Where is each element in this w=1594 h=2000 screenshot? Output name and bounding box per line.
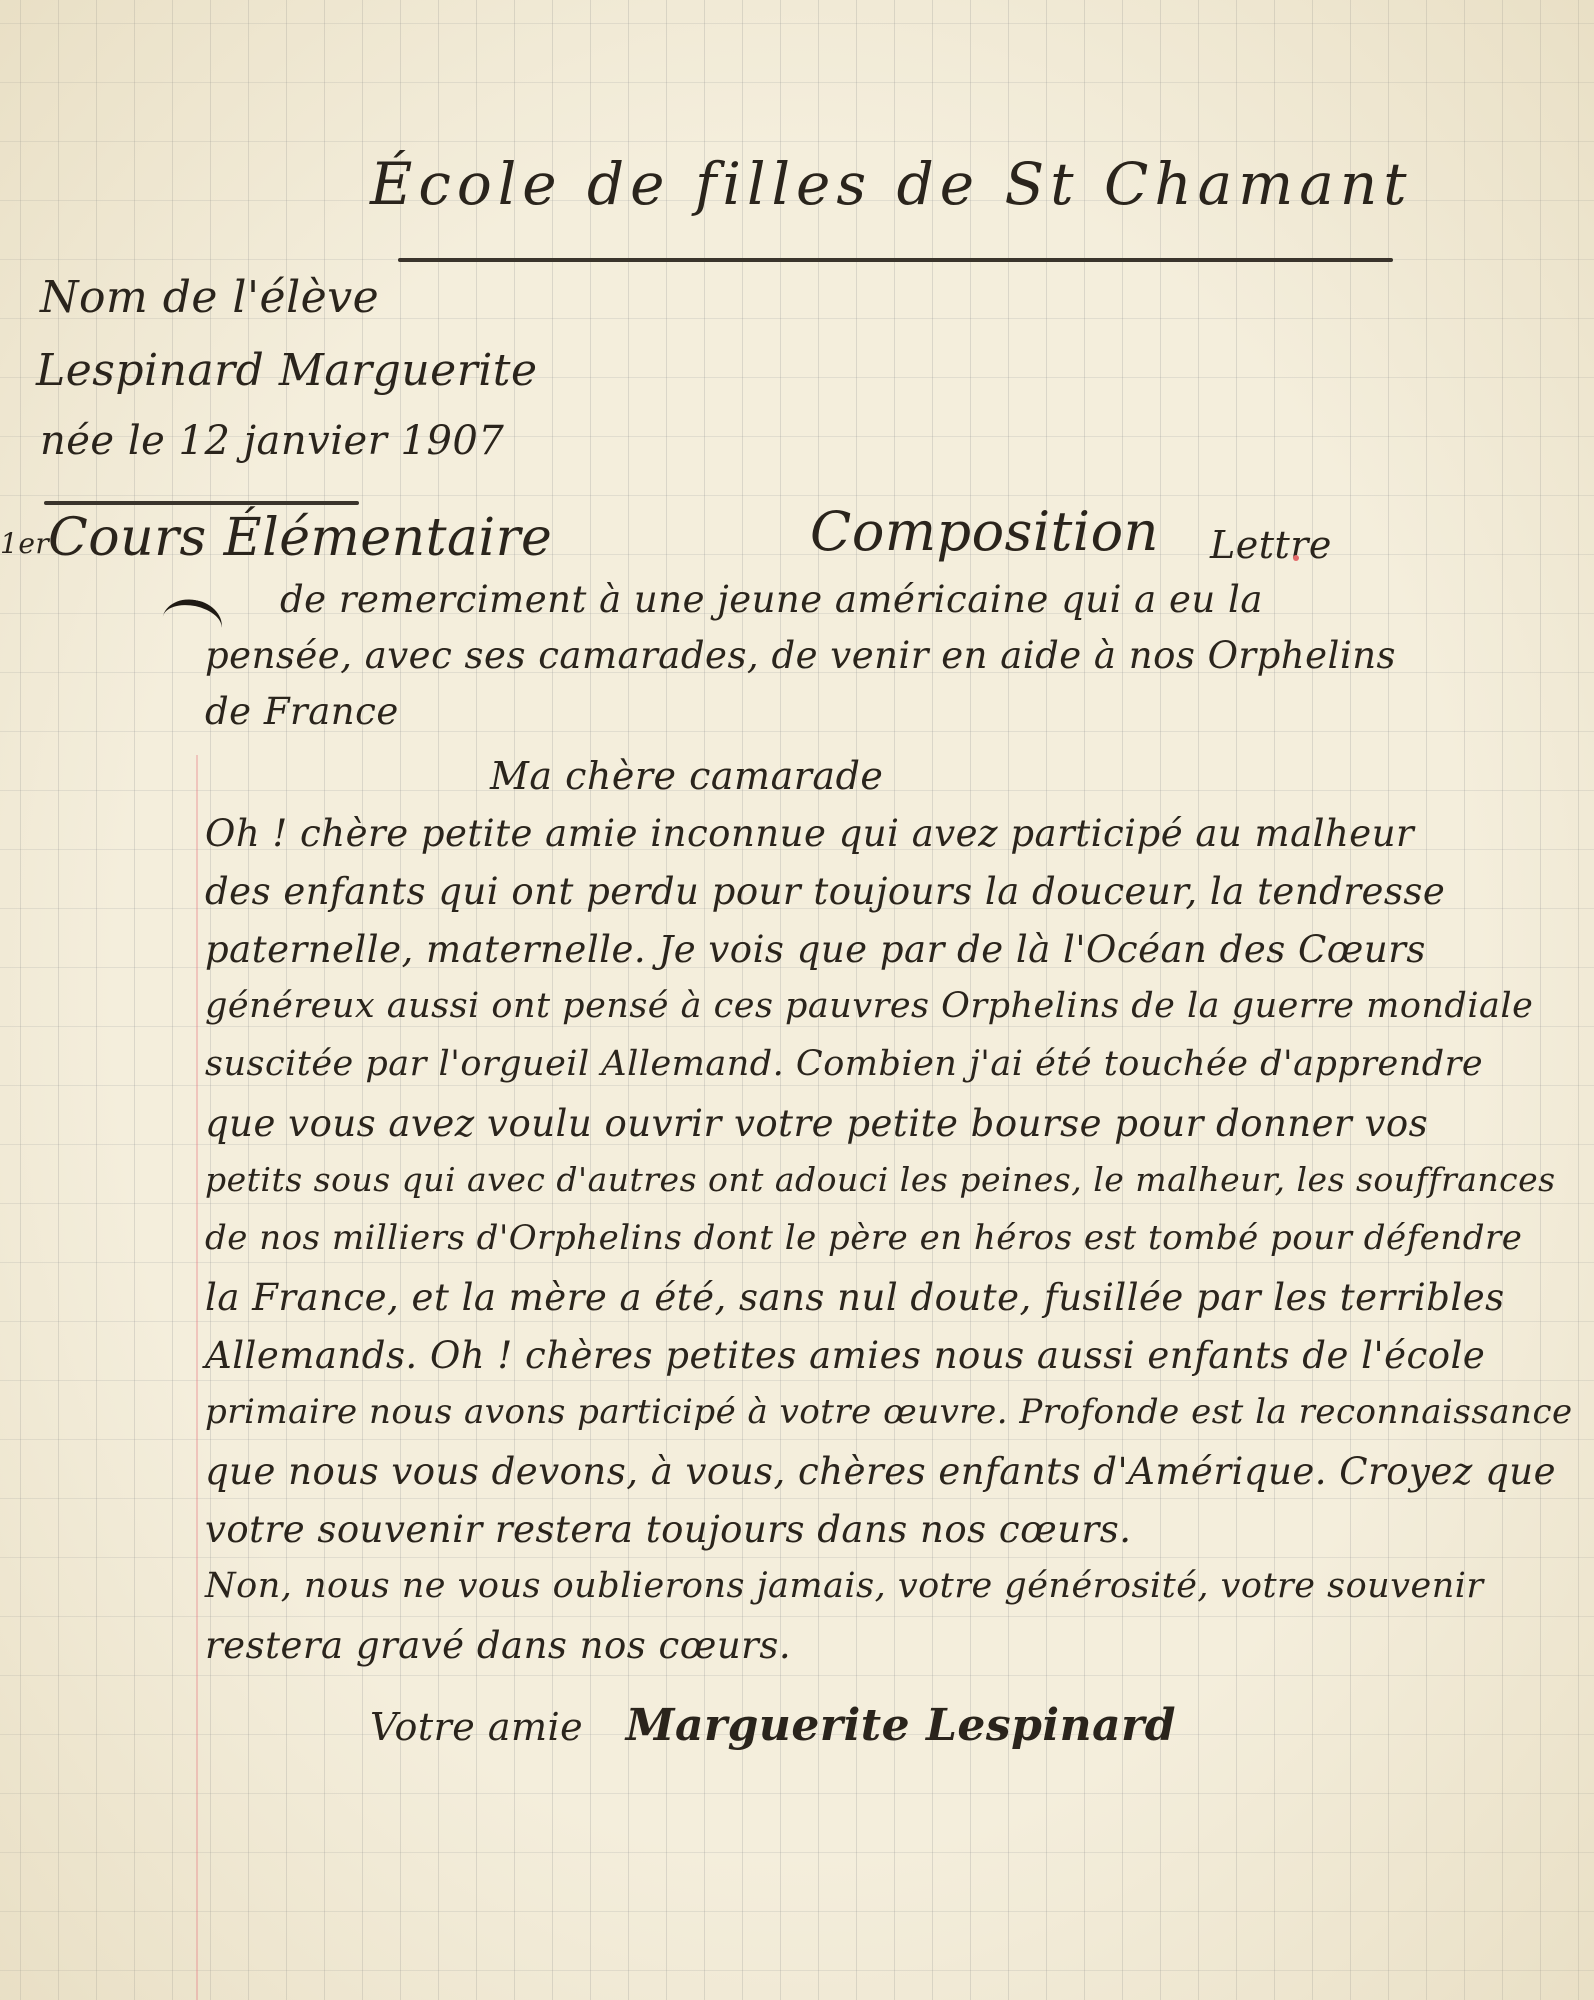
- school-title: École de filles de St Chamant: [370, 150, 1413, 218]
- title-underline: [398, 258, 1393, 262]
- prompt-line: pensée, avec ses camarades, de venir en …: [205, 634, 1396, 677]
- student-name-label: Nom de l'élève: [40, 272, 379, 323]
- letter-line: Allemands. Oh ! chères petites amies nou…: [205, 1334, 1485, 1377]
- assignment-type: Composition: [810, 500, 1159, 563]
- grade-number: 1er: [0, 527, 49, 560]
- red-ink-mark: [1293, 555, 1299, 561]
- red-margin-line: [196, 755, 198, 2000]
- prompt-line: de remerciment à une jeune américaine qu…: [280, 578, 1263, 621]
- letter-line: petits sous qui avec d'autres ont adouci…: [205, 1160, 1556, 1199]
- letter-line: que vous avez voulu ouvrir votre petite …: [205, 1102, 1428, 1145]
- student-name: Lespinard Marguerite: [36, 345, 538, 396]
- letter-line: votre souvenir restera toujours dans nos…: [205, 1508, 1131, 1551]
- letter-line: suscitée par l'orgueil Allemand. Combien…: [205, 1044, 1483, 1084]
- signature: Marguerite Lespinard: [626, 1700, 1176, 1751]
- letter-line: restera gravé dans nos cœurs.: [205, 1624, 791, 1667]
- closing-phrase: Votre amie: [370, 1705, 583, 1749]
- prompt-line: de France: [205, 690, 399, 733]
- letter-line: primaire nous avons participé à votre œu…: [205, 1392, 1573, 1432]
- letter-line: que nous vous devons, à vous, chères enf…: [205, 1450, 1556, 1493]
- letter-closing: Votre amie Marguerite Lespinard: [370, 1700, 1176, 1751]
- assignment-form: Lettre: [1210, 523, 1332, 567]
- student-birth-date: née le 12 janvier 1907: [40, 418, 504, 464]
- letter-line: la France, et la mère a été, sans nul do…: [205, 1276, 1505, 1319]
- student-block-underline: [44, 501, 359, 505]
- letter-line: des enfants qui ont perdu pour toujours …: [205, 870, 1445, 913]
- letter-line: généreux aussi ont pensé à ces pauvres O…: [205, 986, 1533, 1026]
- letter-greeting: Ma chère camarade: [490, 754, 883, 798]
- letter-line: de nos milliers d'Orphelins dont le père…: [205, 1218, 1522, 1258]
- letter-line: paternelle, maternelle. Je vois que par …: [205, 928, 1426, 971]
- letter-line: Oh ! chère petite amie inconnue qui avez…: [205, 812, 1414, 855]
- grade-level: Cours Élémentaire: [48, 508, 552, 568]
- letter-line: Non, nous ne vous oublierons jamais, vot…: [205, 1566, 1484, 1606]
